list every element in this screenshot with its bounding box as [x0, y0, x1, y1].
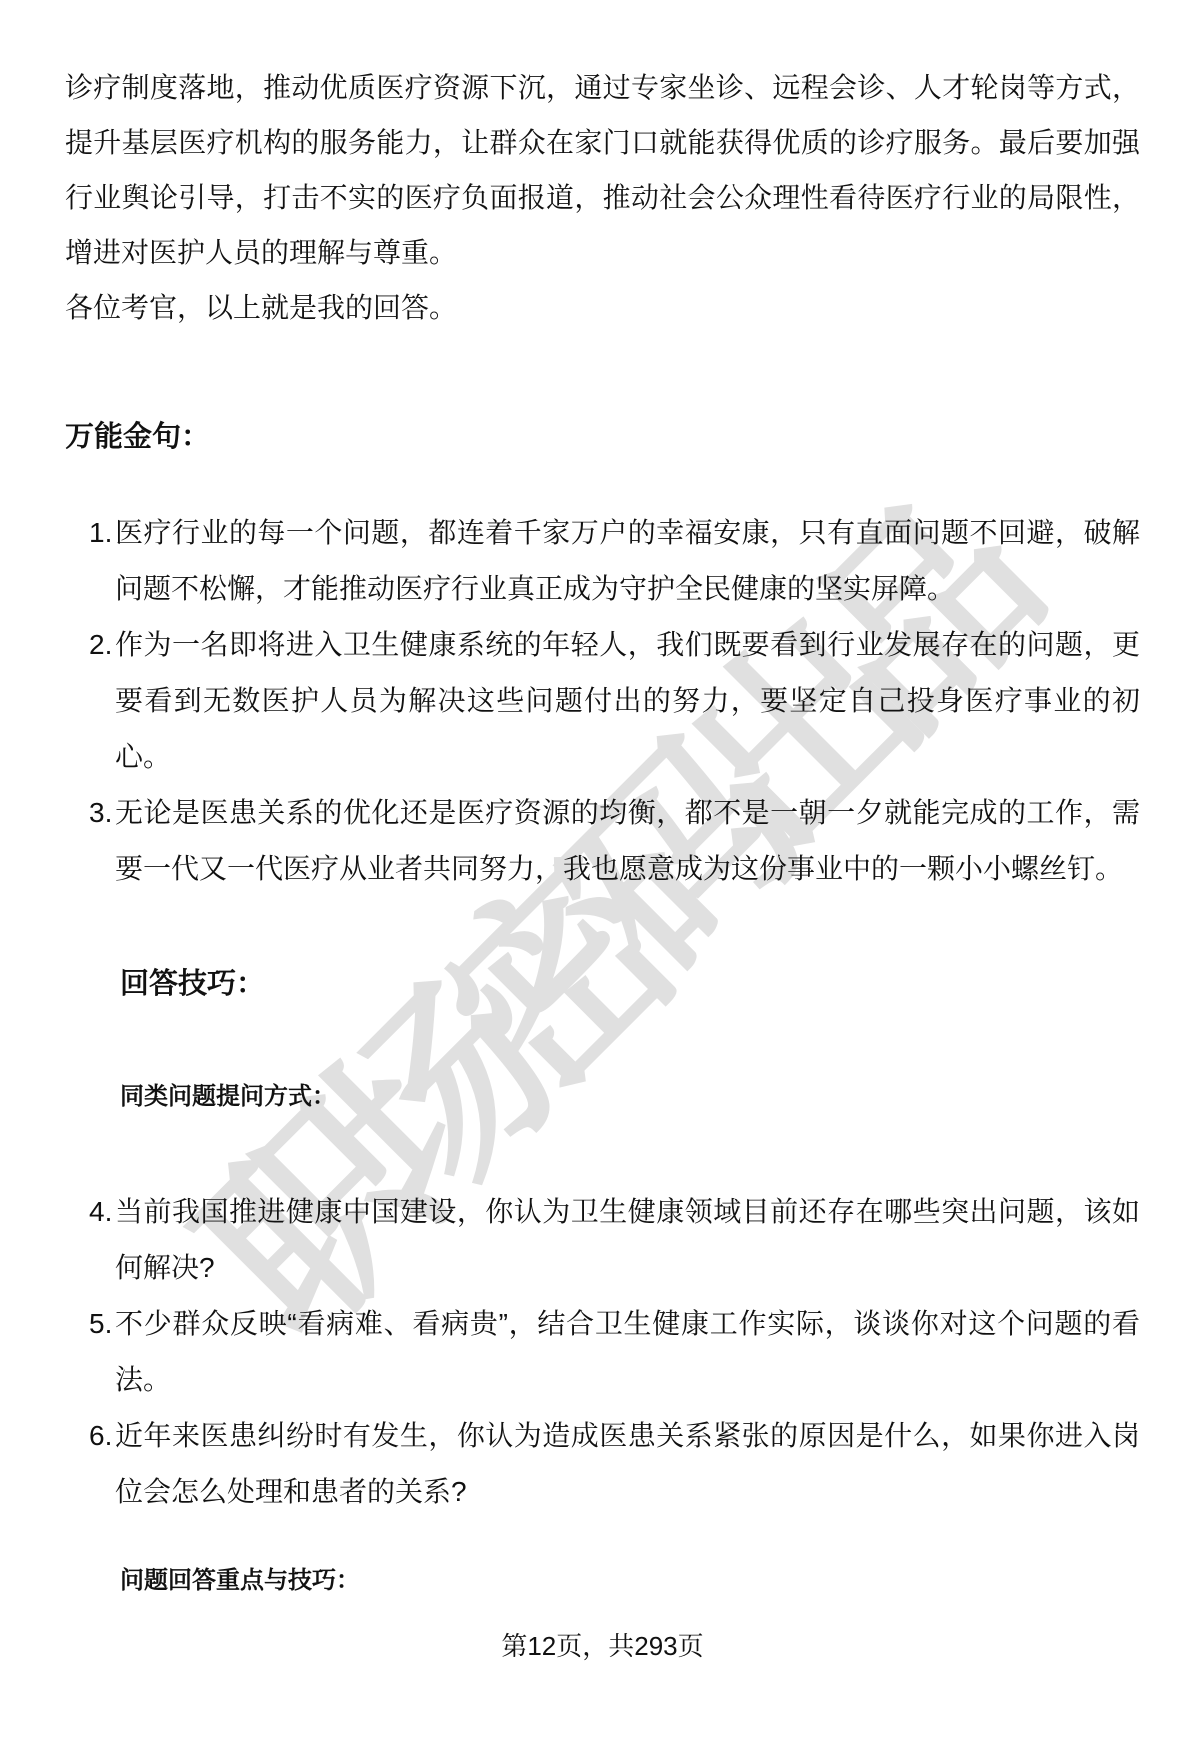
list-item-text: 近年来医患纠纷时有发生，你认为造成医患关系紧张的原因是什么，如果你进入岗位会怎么…: [115, 1408, 1140, 1520]
document-page: 职场密码出品 诊疗制度落地，推动优质医疗资源下沉，通过专家坐诊、远程会诊、人才轮…: [0, 0, 1200, 1755]
page-number: 第12页，共293页: [65, 1621, 1140, 1671]
list-item: 4. 当前我国推进健康中国建设，你认为卫生健康领域目前还存在哪些突出问题，该如何…: [65, 1184, 1140, 1296]
heading-answer-focus: 问题回答重点与技巧：: [65, 1556, 1140, 1606]
list-item-text: 医疗行业的每一个问题，都连着千家万户的幸福安康，只有直面问题不回避，破解问题不松…: [115, 505, 1140, 617]
list-item-number: 4.: [65, 1184, 115, 1296]
heading-answer-skills: 回答技巧：: [65, 957, 1140, 1012]
page-content: 诊疗制度落地，推动优质医疗资源下沉，通过专家坐诊、远程会诊、人才轮岗等方式，提升…: [0, 0, 1200, 1671]
list-item: 5. 不少群众反映“看病难、看病贵”，结合卫生健康工作实际，谈谈你对这个问题的看…: [65, 1296, 1140, 1408]
list-item: 6. 近年来医患纠纷时有发生，你认为造成医患关系紧张的原因是什么，如果你进入岗位…: [65, 1408, 1140, 1520]
heading-similar-questions: 同类问题提问方式：: [65, 1072, 1140, 1122]
list-item-number: 6.: [65, 1408, 115, 1520]
list-item: 1. 医疗行业的每一个问题，都连着千家万户的幸福安康，只有直面问题不回避，破解问…: [65, 505, 1140, 617]
paragraph-closing-body: 诊疗制度落地，推动优质医疗资源下沉，通过专家坐诊、远程会诊、人才轮岗等方式，提升…: [65, 60, 1140, 280]
list-item-number: 3.: [65, 785, 115, 897]
golden-sentences-list: 1. 医疗行业的每一个问题，都连着千家万户的幸福安康，只有直面问题不回避，破解问…: [65, 505, 1140, 897]
list-item-text: 作为一名即将进入卫生健康系统的年轻人，我们既要看到行业发展存在的问题，更要看到无…: [115, 617, 1140, 785]
list-item-text: 不少群众反映“看病难、看病贵”，结合卫生健康工作实际，谈谈你对这个问题的看法。: [115, 1296, 1140, 1408]
list-item-number: 1.: [65, 505, 115, 617]
similar-questions-list: 4. 当前我国推进健康中国建设，你认为卫生健康领域目前还存在哪些突出问题，该如何…: [65, 1184, 1140, 1520]
list-item-number: 5.: [65, 1296, 115, 1408]
paragraph-closing-line: 各位考官，以上就是我的回答。: [65, 280, 1140, 335]
list-item: 2. 作为一名即将进入卫生健康系统的年轻人，我们既要看到行业发展存在的问题，更要…: [65, 617, 1140, 785]
list-item-number: 2.: [65, 617, 115, 785]
list-item-text: 无论是医患关系的优化还是医疗资源的均衡，都不是一朝一夕就能完成的工作，需要一代又…: [115, 785, 1140, 897]
list-item: 3. 无论是医患关系的优化还是医疗资源的均衡，都不是一朝一夕就能完成的工作，需要…: [65, 785, 1140, 897]
list-item-text: 当前我国推进健康中国建设，你认为卫生健康领域目前还存在哪些突出问题，该如何解决?: [115, 1184, 1140, 1296]
heading-golden-sentences: 万能金句：: [65, 410, 1140, 465]
